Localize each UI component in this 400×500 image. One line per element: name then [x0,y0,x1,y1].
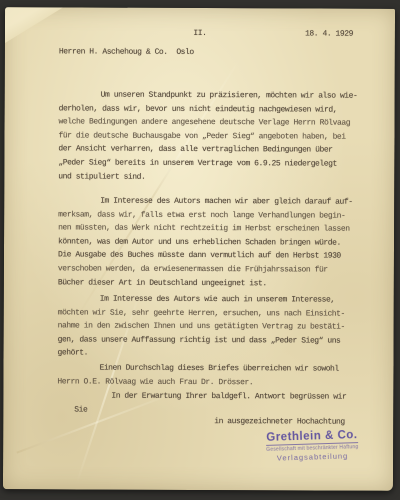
typed-line: derholen, dass wir, bevor uns nicht eind… [59,102,374,117]
typed-line: Im Interesse des Autors machen wir aber … [58,194,373,209]
typed-line: Einen Durchschlag dieses Briefes überrei… [57,361,372,376]
typed-line: welche Bedingungen andere angesehene deu… [59,116,374,131]
typed-line: und stipuliert sind. [58,170,373,185]
typed-line: Die Ausgabe des Buches müsste dann vermu… [58,249,373,264]
typed-line: nahme in den zwischen Ihnen und uns getä… [58,320,373,335]
paragraph: Einen Durchschlag dieses Briefes überrei… [57,361,372,390]
typed-line: merksam, dass wir, falls etwa erst noch … [58,208,373,223]
typed-line: „Peder Sieg“ bereits in unserem Vertrage… [58,156,373,171]
paragraph: Um unseren Standpunkt zu präzisieren, mö… [58,88,373,185]
typed-line: möchten wir Sie, sehr geehrte Herren, er… [58,306,373,321]
paragraph: Im Interesse des Autors machen wir aber … [58,194,373,291]
typed-line: Bücher dieser Art in Deutschland ungeeig… [58,276,373,291]
typed-line: Herrn O.E. Rölvaag wie auch Frau Dr. Drö… [57,375,372,390]
typed-line: Im Interesse des Autors wie auch in unse… [58,292,373,307]
paragraph: In der Erwartung Ihrer baldgefl. Antwort… [57,389,372,418]
recipient-line: Herren H. Aschehoug & Co. Oslo [59,45,194,59]
letter-date: 18. 4. 1929 [305,27,353,41]
scan-background: II. 18. 4. 1929 Herren H. Aschehoug & Co… [0,0,400,500]
paragraph: Im Interesse des Autors wie auch in unse… [58,292,373,361]
typed-line: gehört. [58,347,373,362]
typed-line: der Ansicht verharren, dass alle vertrag… [58,143,373,158]
typed-line: könnten, was dem Autor und uns erheblich… [58,235,373,250]
typed-line: nen müssten, das Werk nicht rechtzeitig … [58,222,373,237]
stamp-company-name: Grethlein & Co. [266,429,358,446]
typed-line: für die deutsche Buchausgabe von „Peder … [58,129,373,144]
typed-line: In der Erwartung Ihrer baldgefl. Antwort… [57,389,372,404]
company-stamp: Grethlein & Co. Gesellschaft mit beschrä… [251,425,374,464]
letter-paper: II. 18. 4. 1929 Herren H. Aschehoug & Co… [3,7,395,491]
typed-line: verschoben werden, da erwiesenermassen d… [58,262,373,277]
typed-line: Um unseren Standpunkt zu präzisieren, mö… [59,88,374,103]
typed-line: gen, dass unsere Auffassung richtig ist … [58,333,373,348]
